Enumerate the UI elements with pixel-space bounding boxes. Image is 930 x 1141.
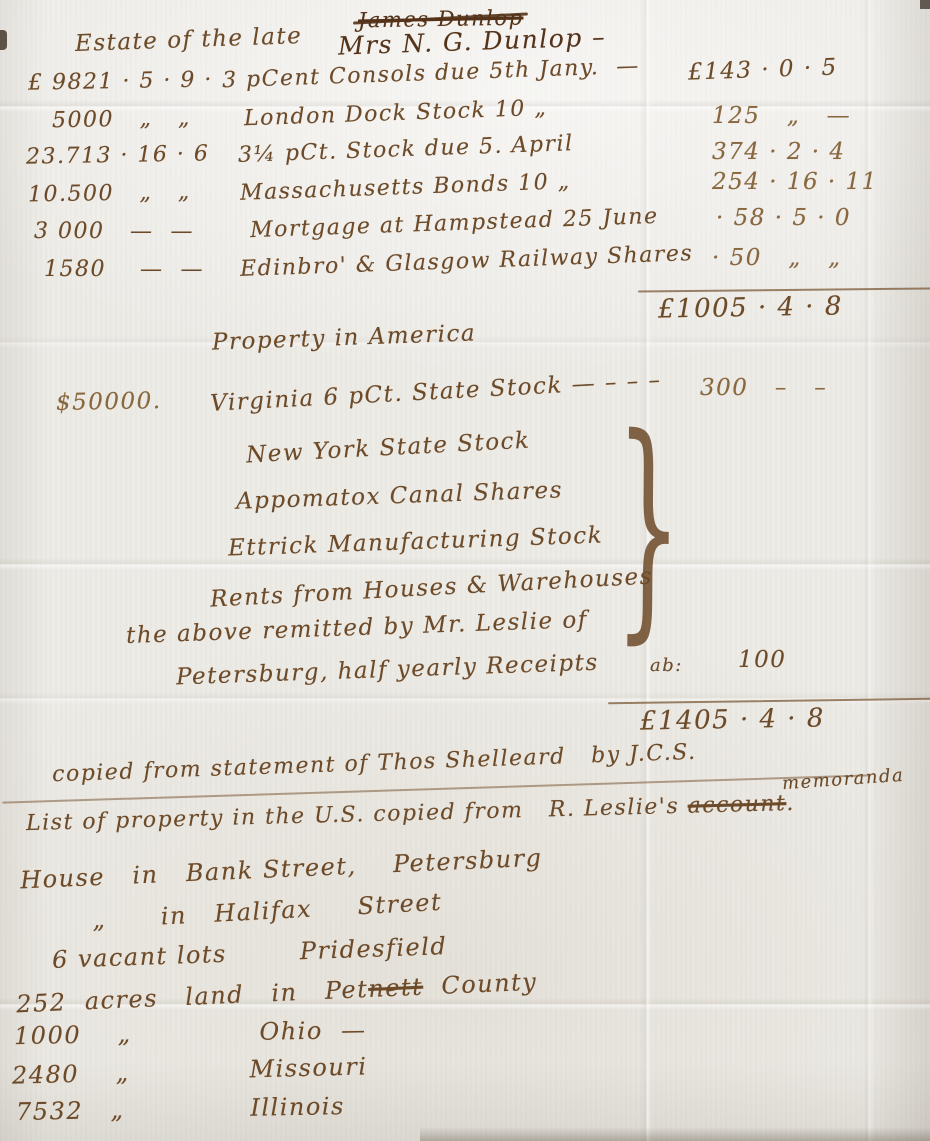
security-description: Mortgage at Hampstead 25 June bbox=[250, 205, 659, 243]
security-description: 3 pCent Consols due 5th Jany. — bbox=[222, 55, 640, 94]
remittance-note: Petersburg, half yearly Receipts bbox=[176, 651, 599, 691]
acreage-qty: 1000 „ bbox=[14, 1020, 132, 1050]
paper-crease-horizontal bbox=[0, 692, 930, 704]
america-item: Virginia 6 pCt. State Stock — – – – bbox=[210, 368, 662, 417]
property-row: 252 acres land in Petnett County bbox=[16, 969, 538, 1018]
paper-crease-horizontal bbox=[0, 558, 930, 570]
america-amount: $50000. bbox=[56, 389, 162, 416]
state-name: Illinois bbox=[250, 1092, 345, 1122]
property-list-title-text: List of property in the U.S. copied from… bbox=[26, 794, 688, 836]
america-item: Appomatox Canal Shares bbox=[236, 478, 564, 515]
value-amount: 374 · 2 · 4 bbox=[712, 140, 846, 165]
struck-word: account bbox=[687, 791, 786, 819]
county-word: Pet bbox=[324, 975, 369, 1005]
property-row: 2480 „Missouri bbox=[12, 1053, 368, 1089]
value-amount: 125 „ — bbox=[712, 104, 851, 129]
property-row: House in Bank Street, Petersburg bbox=[20, 845, 543, 894]
scan-notch bbox=[0, 30, 7, 50]
america-item: Ettrick Manufacturing Stock bbox=[228, 523, 604, 561]
copied-note: copied from statement of Thos Shelleard … bbox=[52, 741, 697, 788]
subtotal-value: £1005 · 4 · 8 bbox=[658, 292, 843, 324]
acreage-qty: 2480 „ bbox=[12, 1059, 130, 1090]
state-name: Missouri bbox=[249, 1052, 368, 1083]
approx-label: ab: bbox=[650, 656, 683, 676]
remittance-note: the above remitted by Mr. Leslie of bbox=[126, 608, 589, 649]
virginia-value: 300 – – bbox=[700, 376, 827, 401]
america-item: New York State Stock bbox=[246, 429, 531, 469]
estate-title: Estate of the late bbox=[75, 24, 303, 57]
grouping-brace: } bbox=[614, 408, 683, 649]
holding-amount: £ 9821 · 5 · 9 · bbox=[28, 68, 213, 95]
holding-amount: 3 000 — — bbox=[34, 220, 194, 244]
period: . bbox=[786, 791, 795, 816]
scan-shadow bbox=[420, 1127, 930, 1141]
holding-amount: 23.713 · 16 · 6 bbox=[26, 142, 210, 169]
value-amount: · 50 „ „ bbox=[712, 246, 842, 271]
property-row: 7532 „Illinois bbox=[16, 1093, 345, 1125]
approx-value: 100 bbox=[738, 648, 786, 673]
america-item: Rents from Houses & Warehouses bbox=[210, 564, 654, 612]
property-row: 6 vacant lots Pridesfield bbox=[52, 933, 448, 973]
holding-amount: 5000 „ „ bbox=[52, 107, 191, 134]
holding-amount: 10.500 „ „ bbox=[28, 181, 191, 208]
county-word-struck: nett bbox=[368, 973, 424, 1003]
acreage-text: 252 acres land in bbox=[16, 977, 326, 1018]
county-label: County bbox=[423, 968, 538, 1001]
property-row: „ in Halifax Street bbox=[92, 889, 443, 934]
value-amount: £143 · 0 · 5 bbox=[688, 55, 838, 86]
value-amount: · 58 · 5 · 0 bbox=[716, 206, 851, 231]
acreage-qty: 7532 „ bbox=[16, 1096, 125, 1126]
scan-notch bbox=[920, 0, 930, 9]
america-heading: Property in America bbox=[212, 321, 477, 356]
value-amount: 254 · 16 · 11 bbox=[712, 170, 878, 195]
total-value: £1405 · 4 · 8 bbox=[640, 704, 825, 736]
security-description: Massachusetts Bonds 10 „ bbox=[240, 170, 571, 206]
security-description: Edinbro' & Glasgow Railway Shares bbox=[240, 242, 694, 282]
scanned-manuscript-page: Estate of the late James Dunlop Mrs N. G… bbox=[0, 0, 930, 1141]
state-name: Ohio — bbox=[259, 1016, 366, 1046]
holding-amount: 1580 — — bbox=[44, 258, 204, 282]
property-row: 1000 „Ohio — bbox=[14, 1017, 367, 1050]
security-description: 3¼ pCt. Stock due 5. April bbox=[238, 132, 574, 168]
